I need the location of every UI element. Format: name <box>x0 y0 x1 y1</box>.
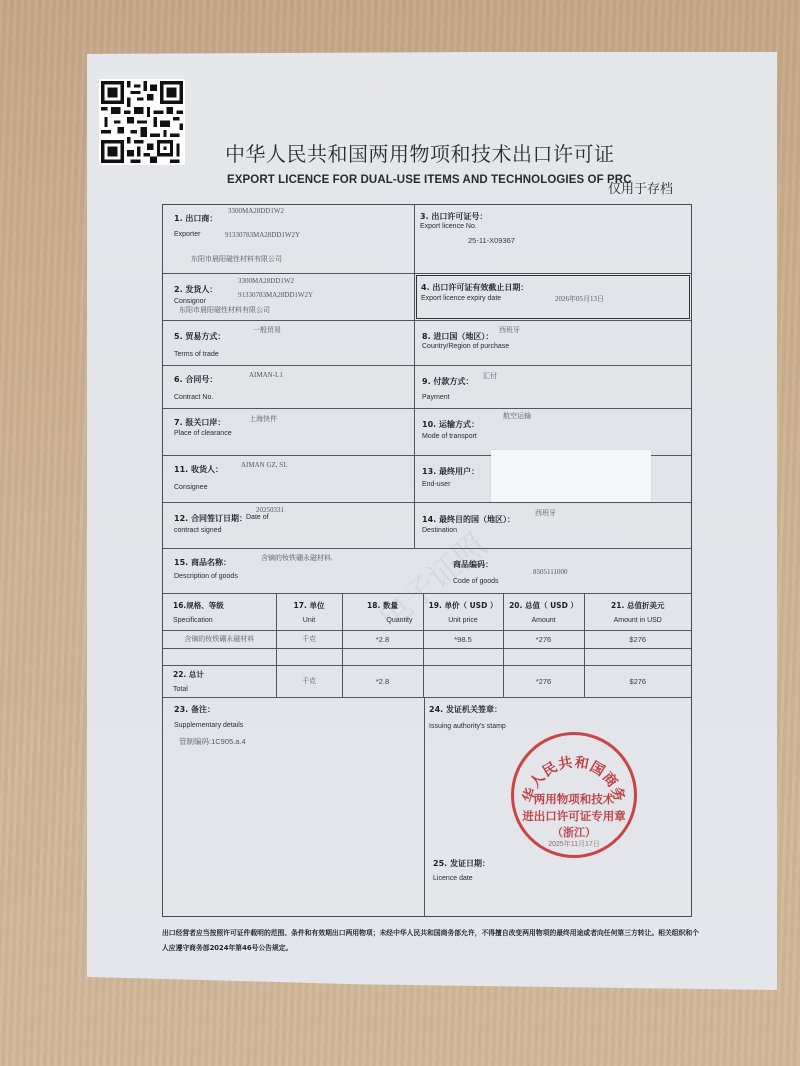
field-destination: 14. 最终目的国（地区）： 西班牙 Destination <box>415 503 691 548</box>
consignor-credit-code: 91330783MA28DD1W2Y <box>238 291 313 299</box>
clearance-label-cn: 7. 报关口岸： <box>174 417 225 428</box>
licence-no-value: 25-11-X09367 <box>468 236 515 245</box>
contract-date-value: 20250331 <box>256 506 284 514</box>
transport-label-en: Mode of transport <box>422 433 477 440</box>
form-row-goods-table: 16.规格、等级 Specification 17. 单位 Unit 18. 数… <box>163 594 691 698</box>
total-amount-usd: $276 <box>584 665 691 697</box>
header-unit-price: 19. 单价（ USD ） Unit price <box>423 594 503 630</box>
terms-label-cn: 5. 贸易方式： <box>174 331 225 342</box>
cell-unit-price: *98.5 <box>423 630 503 648</box>
contract-date-label-en-2: contract signed <box>174 527 221 534</box>
expiry-label-cn: 4. 出口许可证有效截止日期： <box>421 282 528 293</box>
expiry-value: 2026年05月13日 <box>555 294 604 304</box>
form-row-consignee: 11. 收货人： AIMAN GZ, SL Consignee 13. 最终用户… <box>163 456 691 503</box>
total-label: 22. 总计 Total <box>163 665 276 697</box>
contract-date-label-cn: 12. 合同签订日期： <box>174 513 247 524</box>
contract-no-label-en: Contract No. <box>174 394 213 401</box>
country-label-en: Country/Region of purchase <box>422 343 509 350</box>
total-unit: 千克 <box>276 665 342 697</box>
issuing-label-en: Issuing authority's stamp <box>429 723 506 730</box>
exporter-label-cn: 1. 出口商： <box>174 213 217 224</box>
goods-code-label-en: Code of goods <box>453 578 499 585</box>
supplementary-label-en: Supplementary details <box>174 722 243 729</box>
qr-code-icon <box>101 81 183 163</box>
table-row <box>163 648 691 665</box>
stamp-line-3: （浙江） <box>514 824 634 840</box>
licence-no-label-cn: 3. 出口许可证号： <box>420 211 487 222</box>
total-quantity: *2.8 <box>342 665 423 697</box>
contract-no-value: AIMAN-L1 <box>249 371 283 379</box>
goods-label-en: Description of goods <box>174 573 238 580</box>
field-description-of-goods: 15. 商品名称： 含镝的钕铁硼永磁材料. Description of goo… <box>163 549 691 593</box>
licence-paper: 中华人民共和国两用物项和技术出口许可证 EXPORT LICENCE FOR D… <box>87 52 777 990</box>
terms-value: 一般贸易 <box>253 325 281 335</box>
header-specification: 16.规格、等级 Specification <box>163 594 276 630</box>
total-amount: *276 <box>503 665 584 697</box>
exporter-code: 3300MA28DD1W2 <box>228 207 284 215</box>
field-licence-no: 3. 出口许可证号： Export licence No. 25-11-X093… <box>415 205 691 273</box>
licence-form: 1. 出口商： 3300MA28DD1W2 Exporter 91330783M… <box>162 204 692 917</box>
destination-value: 西班牙 <box>535 508 556 518</box>
cell-unit: 千克 <box>276 630 342 648</box>
goods-label-cn: 15. 商品名称： <box>174 557 231 568</box>
licence-date-label-en: Licence date <box>433 875 473 882</box>
consignor-code: 3300MA28DD1W2 <box>238 277 294 285</box>
payment-label-cn: 9. 付款方式： <box>422 376 473 387</box>
archive-only-mark: 仅用于存档 <box>608 178 673 197</box>
supplementary-label-cn: 23. 备注： <box>174 704 215 715</box>
form-row-exporter: 1. 出口商： 3300MA28DD1W2 Exporter 91330783M… <box>163 205 691 274</box>
redaction-patch <box>491 450 651 502</box>
expiry-label-en: Export licence expiry date <box>421 295 501 302</box>
field-country-of-purchase: 8. 进口国（地区）： 西班牙 Country/Region of purcha… <box>415 321 691 365</box>
exporter-credit-code: 91330783MA28DD1W2Y <box>225 231 300 239</box>
field-place-of-clearance: 7. 报关口岸： 上海快件 Place of clearance <box>163 409 415 455</box>
title-chinese: 中华人民共和国两用物项和技术出口许可证 <box>225 138 625 167</box>
clearance-value: 上海快件 <box>249 414 277 424</box>
consignee-label-en: Consignee <box>174 484 207 491</box>
end-user-label-en: End-user <box>422 481 450 488</box>
consignor-label-en: Consignor <box>174 298 206 305</box>
destination-label-cn: 14. 最终目的国（地区）： <box>422 514 515 525</box>
contract-date-label-en-1: Date of <box>246 514 269 521</box>
field-payment: 9. 付款方式： 汇付 Payment <box>415 366 691 408</box>
total-unit-price <box>423 665 503 697</box>
form-row-clearance: 7. 报关口岸： 上海快件 Place of clearance 10. 运输方… <box>163 409 691 456</box>
cell-amount: *276 <box>503 630 584 648</box>
exporter-label-en: Exporter <box>174 231 200 238</box>
terms-label-en: Terms of trade <box>174 351 219 358</box>
table-row: 含镝的钕铁硼永磁材料 千克 *2.8 *98.5 *276 $276 <box>163 630 691 648</box>
exporter-name: 东阳市晨阳磁性材料有限公司 <box>191 254 282 264</box>
table-row-total: 22. 总计 Total 千克 *2.8 *276 $276 <box>163 665 691 697</box>
transport-label-cn: 10. 运输方式： <box>422 419 479 430</box>
goods-value: 含镝的钕铁硼永磁材料. <box>261 553 333 563</box>
goods-table: 16.规格、等级 Specification 17. 单位 Unit 18. 数… <box>163 594 691 697</box>
field-terms-of-trade: 5. 贸易方式： 一般贸易 Terms of trade <box>163 321 415 365</box>
stamp-line-2: 进出口许可证专用章 <box>514 808 634 824</box>
clearance-label-en: Place of clearance <box>174 430 232 437</box>
goods-code-value: 8505111000 <box>533 568 567 576</box>
field-contract-no: 6. 合同号： AIMAN-L1 Contract No. <box>163 366 415 408</box>
destination-label-en: Destination <box>422 527 457 534</box>
country-label-cn: 8. 进口国（地区）： <box>422 331 493 342</box>
stamp-line-1: 两用物项和技术 <box>514 791 634 807</box>
licence-no-label-en: Export licence No. <box>420 223 477 230</box>
cell-quantity: *2.8 <box>342 630 423 648</box>
consignee-label-cn: 11. 收货人： <box>174 464 223 475</box>
issuing-label-cn: 24. 发证机关签章： <box>429 704 502 715</box>
end-user-label-cn: 13. 最终用户： <box>422 466 479 477</box>
header-amount-usd: 21. 总值折美元 Amount in USD <box>584 594 691 630</box>
form-row-terms: 5. 贸易方式： 一般贸易 Terms of trade 8. 进口国（地区）：… <box>163 321 691 366</box>
field-supplementary: 23. 备注： Supplementary details 管制编码:1C905… <box>163 698 425 916</box>
payment-value: 汇付 <box>483 371 497 381</box>
field-exporter: 1. 出口商： 3300MA28DD1W2 Exporter 91330783M… <box>163 205 415 273</box>
goods-table-header: 16.规格、等级 Specification 17. 单位 Unit 18. 数… <box>163 594 691 630</box>
qr-code <box>99 79 185 165</box>
form-row-contract-date: 12. 合同签订日期： Date of 20250331 contract si… <box>163 503 691 549</box>
footer-note: 出口经营者应当按照许可证件载明的范围、条件和有效期出口两用物项；未经中华人民共和… <box>162 926 702 956</box>
field-consignee: 11. 收货人： AIMAN GZ, SL Consignee <box>163 456 415 502</box>
consignor-name: 东阳市晨阳磁性材料有限公司 <box>179 305 270 315</box>
consignor-label-cn: 2. 发货人： <box>174 284 217 295</box>
goods-code-label-cn: 商品编码： <box>453 559 493 570</box>
field-issuing-authority: 24. 发证机关签章： Issuing authority's stamp 中华… <box>425 698 691 916</box>
header-unit: 17. 单位 Unit <box>276 594 342 630</box>
official-stamp: 中华人民共和国商务部 两用物项和技术 进出口许可证专用章 （浙江） 2025年1… <box>511 732 637 858</box>
licence-date-label-cn: 25. 发证日期： <box>433 858 490 869</box>
title-english: EXPORT LICENCE FOR DUAL-USE ITEMS AND TE… <box>227 174 632 186</box>
cell-specification: 含镝的钕铁硼永磁材料 <box>163 630 276 648</box>
field-consignor: 2. 发货人： 3300MA28DD1W2 Consignor 91330783… <box>163 274 415 320</box>
transport-value: 航空运输 <box>503 411 531 421</box>
form-row-supplementary: 23. 备注： Supplementary details 管制编码:1C905… <box>163 698 691 916</box>
consignee-value: AIMAN GZ, SL <box>241 461 287 469</box>
cell-amount-usd: $276 <box>584 630 691 648</box>
field-expiry-date: 4. 出口许可证有效截止日期： Export licence expiry da… <box>415 274 691 320</box>
stamp-date: 2025年11月17日 <box>514 839 634 849</box>
form-row-goods: 15. 商品名称： 含镝的钕铁硼永磁材料. Description of goo… <box>163 549 691 594</box>
country-value: 西班牙 <box>499 325 520 335</box>
supplementary-value: 管制编码:1C905.a.4 <box>179 736 246 747</box>
form-row-consignor: 2. 发货人： 3300MA28DD1W2 Consignor 91330783… <box>163 274 691 321</box>
payment-label-en: Payment <box>422 394 450 401</box>
contract-no-label-cn: 6. 合同号： <box>174 374 217 385</box>
field-contract-date: 12. 合同签订日期： Date of 20250331 contract si… <box>163 503 415 548</box>
field-end-user: 13. 最终用户： End-user <box>415 456 691 502</box>
field-mode-of-transport: 10. 运输方式： 航空运输 Mode of transport <box>415 409 691 455</box>
header-quantity: 18. 数量 Quantity <box>342 594 423 630</box>
header-amount: 20. 总值（ USD ） Amount <box>503 594 584 630</box>
form-row-contract: 6. 合同号： AIMAN-L1 Contract No. 9. 付款方式： 汇… <box>163 366 691 409</box>
